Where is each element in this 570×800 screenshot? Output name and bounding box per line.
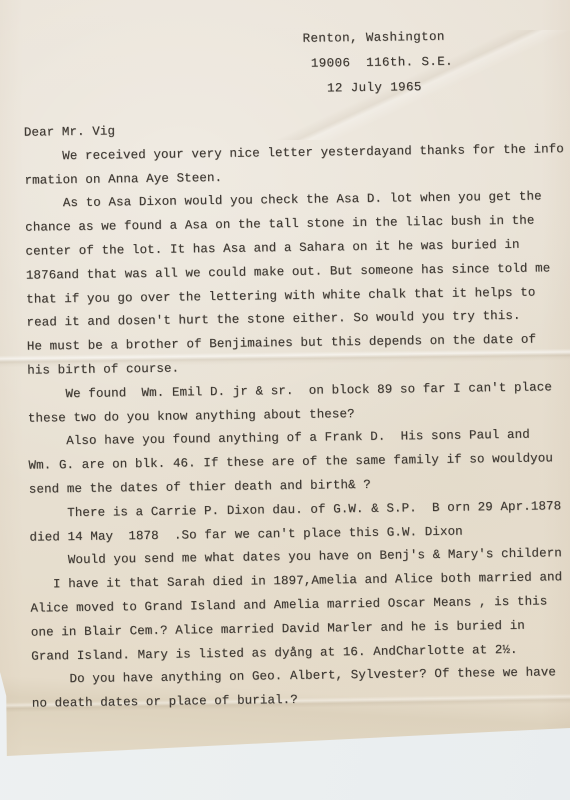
scanned-letter-page: Renton, Washington 19006 116th. S.E. 12 …	[0, 0, 570, 800]
header-date-line: 12 July 1965	[303, 75, 453, 102]
typewritten-text: Renton, Washington 19006 116th. S.E. 12 …	[0, 0, 570, 800]
header-street-line: 19006 116th. S.E.	[303, 50, 453, 77]
header-city-line: Renton, Washington	[302, 25, 452, 52]
letter-body: Dear Mr. Vig We received your very nice …	[24, 114, 570, 716]
letter-header: Renton, Washington 19006 116th. S.E. 12 …	[302, 25, 453, 102]
letter-paper: Renton, Washington 19006 116th. S.E. 12 …	[0, 0, 570, 800]
